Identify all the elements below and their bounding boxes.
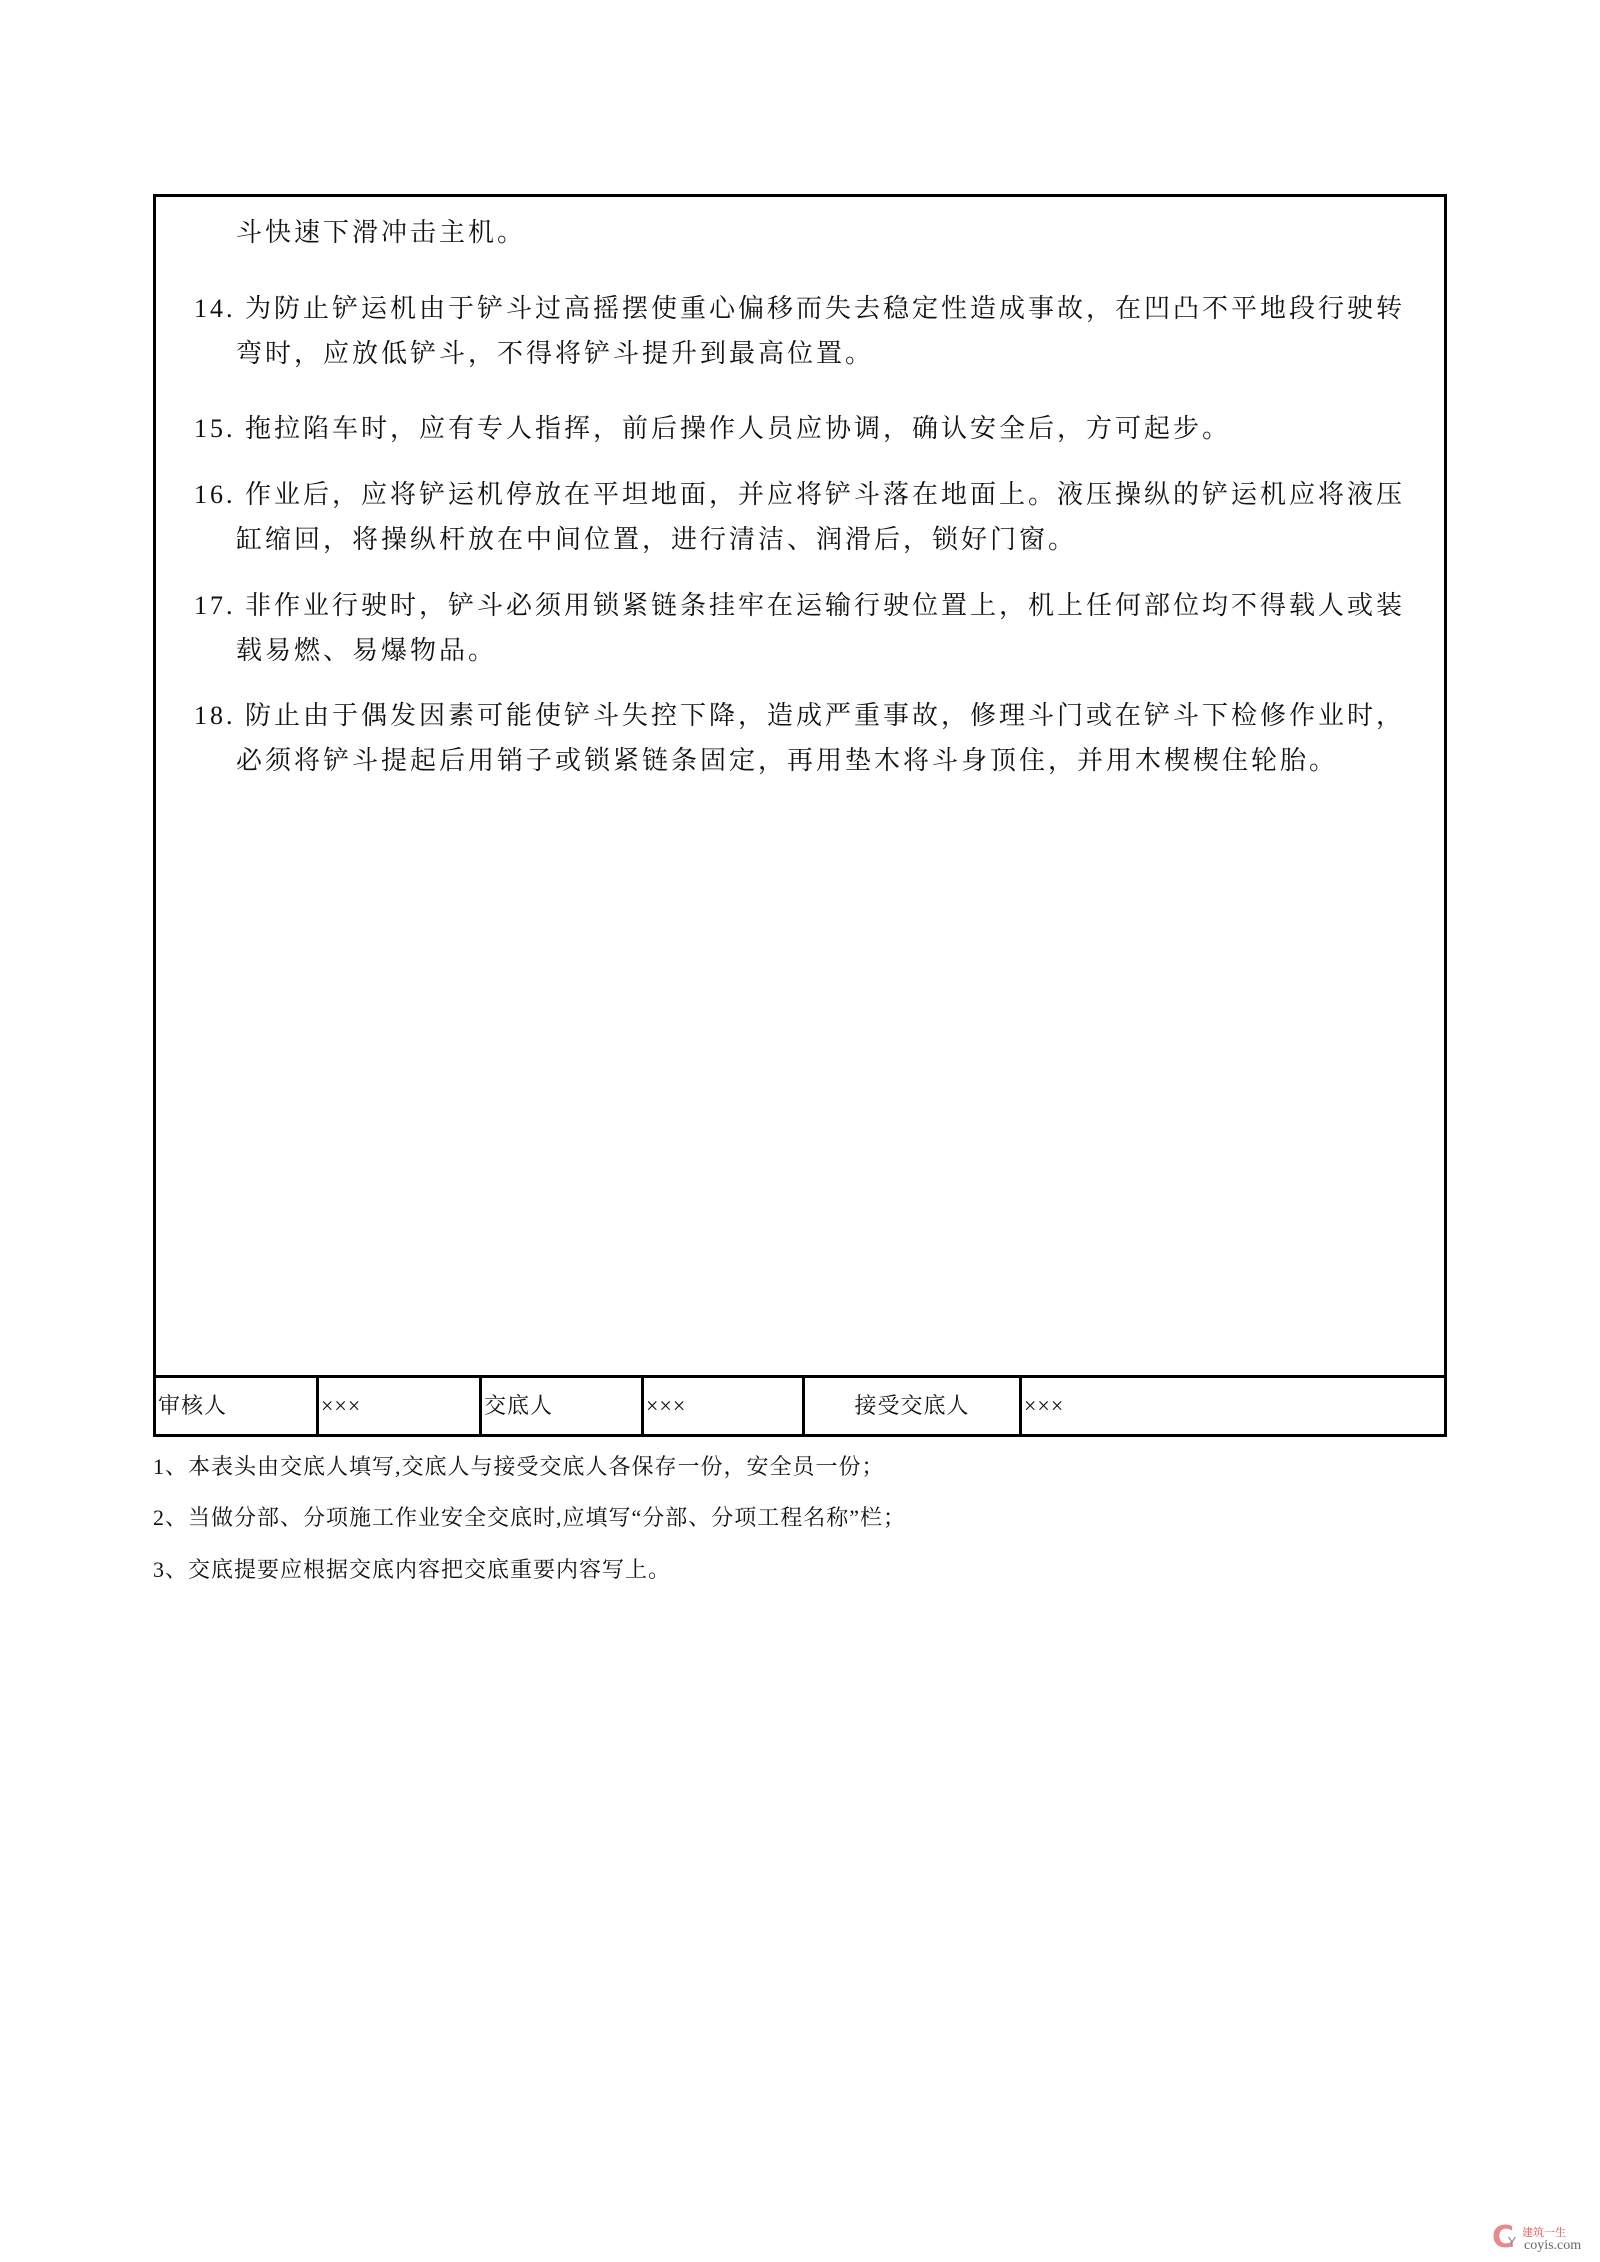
content-line: 斗快速下滑冲击主机。 (236, 216, 526, 250)
watermark: C Y 建筑一生 coyis.com (1492, 2222, 1592, 2258)
disclosure-content: 斗快速下滑冲击主机。 14. 为防止铲运机由于铲斗过高摇摆使重心偏移而失去稳定性… (156, 197, 1444, 1375)
signature-row: 审核人 ××× 交底人 ××× 接受交底人 ××× (156, 1375, 1444, 1437)
content-line-item-18: 18. 防止由于偶发因素可能使铲斗失控下降，造成严重事故，修理斗门或在铲斗下检修… (194, 699, 1405, 733)
content-line: 必须将铲斗提起后用销子或锁紧链条固定，再用垫木将斗身顶住，并用木楔楔住轮胎。 (236, 744, 1338, 778)
discloser-value: ××× (644, 1378, 805, 1437)
note-3: 3、交底提要应根据交底内容把交底重要内容写上。 (153, 1555, 671, 1585)
content-line: 弯时，应放低铲斗，不得将铲斗提升到最高位置。 (236, 337, 874, 371)
discloser-label: 交底人 (482, 1378, 644, 1437)
reviewer-label: 审核人 (156, 1378, 319, 1437)
content-line-item-16: 16. 作业后，应将铲运机停放在平坦地面，并应将铲斗落在地面上。液压操纵的铲运机… (194, 478, 1405, 512)
receiver-label: 接受交底人 (805, 1378, 1022, 1437)
note-1: 1、本表头由交底人填写,交底人与接受交底人各保存一份，安全员一份； (153, 1452, 885, 1482)
content-line-item-14: 14. 为防止铲运机由于铲斗过高摇摆使重心偏移而失去稳定性造成事故，在凹凸不平地… (194, 292, 1405, 326)
receiver-value: ××× (1022, 1378, 1444, 1437)
watermark-logo-sub: Y (1508, 2236, 1516, 2251)
content-line: 载易燃、易爆物品。 (236, 634, 497, 668)
note-2: 2、当做分部、分项施工作业安全交底时,应填写“分部、分项工程名称”栏； (153, 1503, 906, 1533)
content-line: 缸缩回，将操纵杆放在中间位置，进行清洁、润滑后，锁好门窗。 (236, 523, 1077, 557)
watermark-domain-text: coyis.com (1524, 2238, 1581, 2254)
content-line-item-15: 15. 拖拉陷车时，应有专人指挥，前后操作人员应协调，确认安全后，方可起步。 (194, 412, 1231, 446)
disclosure-table: 斗快速下滑冲击主机。 14. 为防止铲运机由于铲斗过高摇摆使重心偏移而失去稳定性… (153, 194, 1447, 1437)
content-line-item-17: 17. 非作业行驶时，铲斗必须用锁紧链条挂牢在运输行驶位置上，机上任何部位均不得… (194, 589, 1405, 623)
reviewer-value: ××× (319, 1378, 482, 1437)
